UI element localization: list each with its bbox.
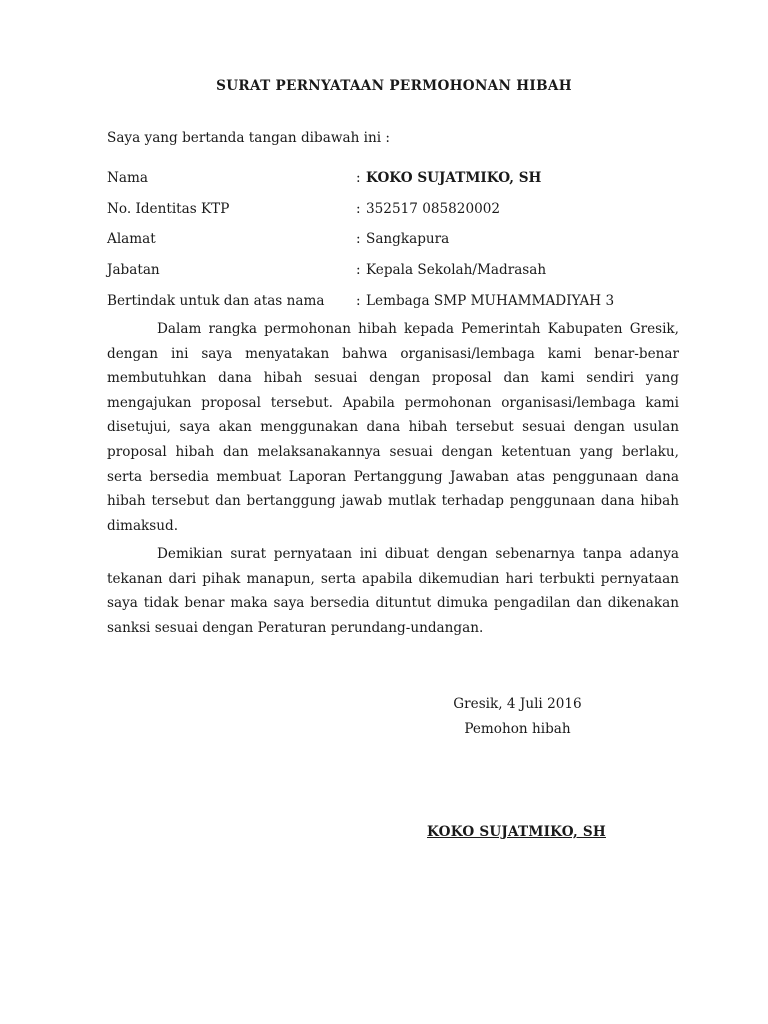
identity-separator: : xyxy=(356,201,366,217)
identity-label: Jabatan xyxy=(107,262,356,278)
signature-name: KOKO SUJATMIKO, SH xyxy=(427,824,606,840)
identity-separator: : xyxy=(356,262,366,278)
identity-table: Nama : KOKO SUJATMIKO, SH No. Identitas … xyxy=(107,170,687,323)
identity-label: Nama xyxy=(107,170,356,186)
identity-separator: : xyxy=(356,293,366,309)
identity-value-name: KOKO SUJATMIKO, SH xyxy=(366,170,541,186)
identity-separator: : xyxy=(356,231,366,247)
identity-value-organization: Lembaga SMP MUHAMMADIYAH 3 xyxy=(366,293,614,309)
identity-value-ktp: 352517 085820002 xyxy=(366,201,500,217)
identity-row-position: Jabatan : Kepala Sekolah/Madrasah xyxy=(107,262,687,293)
body-paragraph-2: Demikian surat pernyataan ini dibuat den… xyxy=(107,542,679,640)
signature-place-date: Gresik, 4 Juli 2016 xyxy=(430,696,605,712)
document-title: SURAT PERNYATAAN PERMOHONAN HIBAH xyxy=(0,78,768,94)
identity-row-ktp: No. Identitas KTP : 352517 085820002 xyxy=(107,201,687,232)
identity-value-position: Kepala Sekolah/Madrasah xyxy=(366,262,546,278)
identity-label: Bertindak untuk dan atas nama xyxy=(107,293,356,309)
identity-row-name: Nama : KOKO SUJATMIKO, SH xyxy=(107,170,687,201)
identity-label: Alamat xyxy=(107,231,356,247)
identity-value-address: Sangkapura xyxy=(366,231,449,247)
document-page: SURAT PERNYATAAN PERMOHONAN HIBAH Saya y… xyxy=(0,0,768,1024)
identity-row-address: Alamat : Sangkapura xyxy=(107,231,687,262)
identity-label: No. Identitas KTP xyxy=(107,201,356,217)
signature-role: Pemohon hibah xyxy=(430,721,605,737)
identity-separator: : xyxy=(356,170,366,186)
body-paragraph-1: Dalam rangka permohonan hibah kepada Pem… xyxy=(107,317,679,538)
intro-text: Saya yang bertanda tangan dibawah ini : xyxy=(107,130,390,146)
